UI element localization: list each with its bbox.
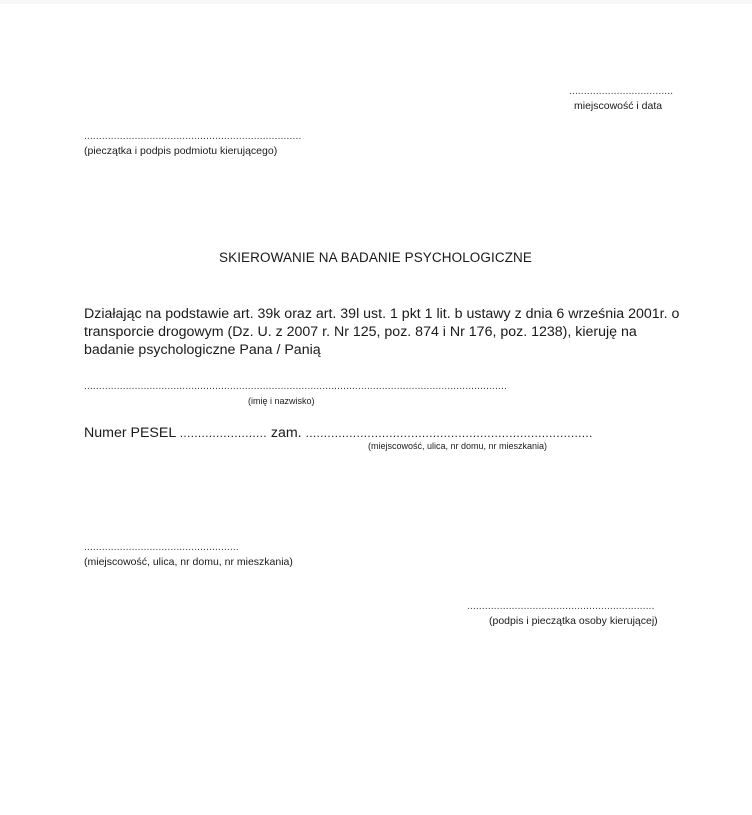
full-name-label: (imię i nazwisko) <box>248 396 315 407</box>
place-date-label: miejscowość i data <box>574 100 662 113</box>
paragraph-line-2: transporcie drogowym (Dz. U. z 2007 r. N… <box>84 323 637 341</box>
pesel-row: Numer PESEL ........................ zam… <box>84 424 593 442</box>
paragraph-line-1: Działając na podstawie art. 39k oraz art… <box>84 305 679 323</box>
page-top-edge <box>0 0 752 4</box>
paragraph-line-3: badanie psychologiczne Pana / Panią <box>84 341 321 359</box>
address-label: (miejscowość, ulica, nr domu, nr mieszka… <box>84 556 293 569</box>
pesel-label: Numer PESEL <box>84 425 176 441</box>
address-field[interactable]: ........................................… <box>84 542 239 554</box>
place-date-field[interactable]: ................................... <box>569 86 673 98</box>
full-name-field[interactable]: ........................................… <box>84 381 662 393</box>
sender-stamp-field[interactable]: ........................................… <box>84 131 301 143</box>
signature-field[interactable]: ........................................… <box>467 601 655 613</box>
signature-label: (podpis i pieczątka osoby kierującej) <box>489 615 658 628</box>
residence-field[interactable]: ........................................… <box>306 426 593 440</box>
pesel-field[interactable]: ........................ <box>180 426 267 440</box>
residence-caption: (miejscowość, ulica, nr domu, nr mieszka… <box>368 441 547 452</box>
sender-stamp-label: (pieczątka i podpis podmiotu kierującego… <box>84 145 277 158</box>
residence-label: zam. <box>271 425 302 441</box>
document-title: SKIEROWANIE NA BADANIE PSYCHOLOGICZNE <box>219 250 532 266</box>
